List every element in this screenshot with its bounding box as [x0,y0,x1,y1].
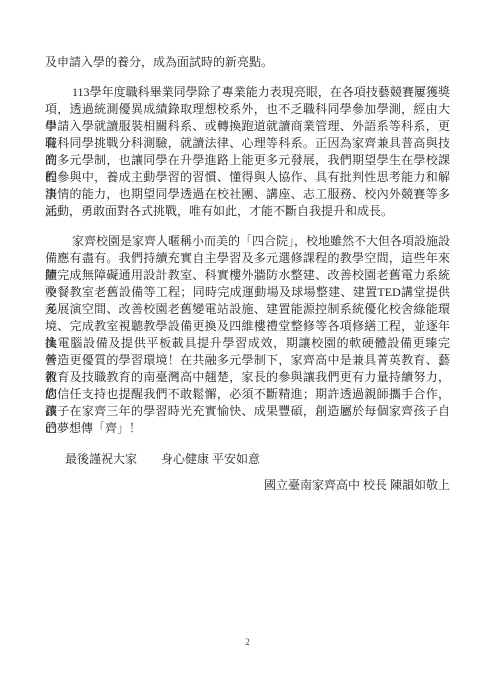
letter-line: 項，透過統測優異成績錄取理想校系外，也不乏職科同學參加學測，經由大學 [45,101,450,118]
letter-line: 境、完成教室視聽教學設備更換及四維樓禮堂整修等各項修繕工程，並逐年汰 [45,318,450,335]
letter-line: 申請入學就讀服裝相關科系、或轉換跑道就讀商業管理、外語系等科系，更有 [45,118,450,135]
letter-page: 及申請入學的養分，成為面試時的新亮點。 113學年度職科畢業同學除了專業能力表現… [0,0,495,700]
letter-line: 職科同學挑戰分科測驗，就讀法律、心理等科系。正因為家齊兼具普高與技高 [45,135,450,152]
letter-line: 換電腦設備及提供平板載具提升學習成效，期讓校園的軟硬體設備更臻完善， [45,335,450,352]
letter-line: 孩子在家齊三年的學習時光充實愉快、成果豐碩，創造屬於每個家齊孩子自己 [45,403,450,420]
letter-line: 中餐教室老舊設備等工程；同時完成運動場及球場整建、建置TED講堂提供多 [45,284,450,301]
letter-line: 營造更優質的學習環境！在共融多元學制下，家齊高中是兼具菁英教育、藝術 [45,352,450,369]
letter-line: 續完成無障礙通用設計教室、科實樓外牆防水整建、改善校園老舊電力系統及 [45,267,450,284]
letter-line: 元展演空間、改善校園老舊變電站設施、建置能源控制系統優化校舍綠能環 [45,301,450,318]
page-number: 2 [0,637,495,647]
letter-line: 的參與中，養成主動學習的習慣、懂得與人協作、具有批判性思考能力和解決 [45,169,450,186]
letter-line: 的多元學制，也讓同學在升學進路上能更多元發展，我們期望學生在學校課程 [45,152,450,169]
letter-line: 備應有盡有。我們持續充實自主學習及多元選修課程的教學空間，這些年來陸 [45,250,450,267]
closing-wish: 最後謹祝大家 身心健康 平安如意 [45,451,450,468]
letter-line: 的信任支持也提醒我們不敢鬆懈，必須不斷精進；期許透過親師攜手合作，讓 [45,386,450,403]
letter-line: 的夢想傳「齊」！ [45,420,450,437]
signature: 國立臺南家齊高中 校長 陳韻如敬上 [45,477,450,494]
letter-body: 及申請入學的養分，成為面試時的新亮點。 113學年度職科畢業同學除了專業能力表現… [45,54,450,494]
paragraph: 及申請入學的養分，成為面試時的新亮點。 [45,54,450,71]
letter-line: 事情的能力，也期望同學透過在校社團、講座、志工服務、校內外競賽等多元 [45,186,450,203]
letter-line: 及申請入學的養分，成為面試時的新亮點。 [45,54,450,71]
letter-line: 教育及技職教育的南臺灣高中翹楚，家長的參與讓我們更有力量持續努力，您 [45,369,450,386]
paragraph: 113學年度職科畢業同學除了專業能力表現亮眼，在各項技藝競賽屢獲獎 項，透過統測… [45,84,450,220]
paragraph: 家齊校園是家齊人暱稱小而美的「四合院」，校地雖然不大但各項設施設 備應有盡有。我… [45,233,450,437]
letter-line: 活動，勇敢面對各式挑戰，唯有如此，才能不斷自我提升和成長。 [45,203,450,220]
letter-line: 113學年度職科畢業同學除了專業能力表現亮眼，在各項技藝競賽屢獲獎 [45,84,450,101]
letter-line: 家齊校園是家齊人暱稱小而美的「四合院」，校地雖然不大但各項設施設 [45,233,450,250]
